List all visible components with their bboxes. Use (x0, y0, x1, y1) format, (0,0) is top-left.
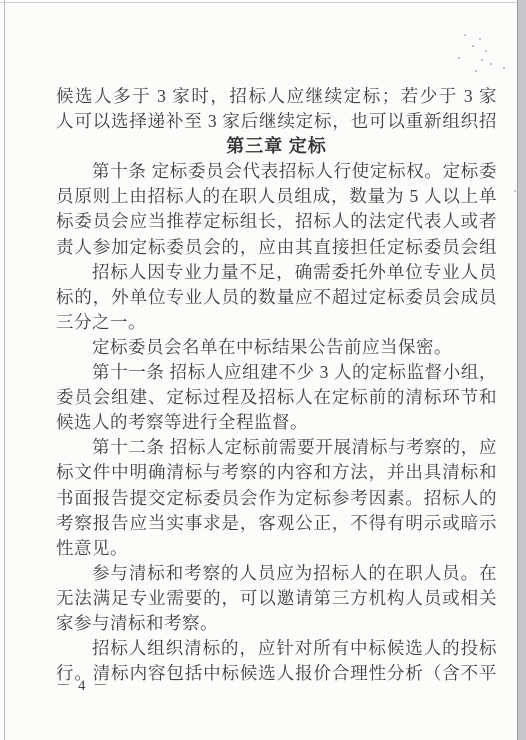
text-line: 行。清标内容包括中标候选人报价合理性分析（含不平衡报价 (56, 661, 497, 686)
chapter-heading: 第三章 定标 (56, 134, 497, 159)
text-line: 候选人多于 3 家时，招标人应继续定标；若少于 3 家时，招标 (56, 84, 497, 109)
text-line: 考察报告应当实事求是，客观公正，不得有明示或暗示的倾向 (56, 511, 497, 536)
scan-edge-line-top (0, 2, 518, 3)
document-body-text: 候选人多于 3 家时，招标人应继续定标；若少于 3 家时，招标 人可以选择递补至… (56, 84, 497, 686)
text-line: 招标人组织清标的，应针对所有中标候选人的投标文件进 (56, 636, 497, 661)
page-number: － 4 － (56, 676, 110, 696)
text-line: 第十二条 招标人定标前需要开展清标与考察的，应当在招 (56, 435, 497, 460)
text-line: 标委员会应当推荐定标组长，招标人的法定代表人或者主要负 (56, 209, 497, 234)
document-page: 候选人多于 3 家时，招标人应继续定标；若少于 3 家时，招标 人可以选择递补至… (0, 0, 518, 740)
scanned-document-view: 候选人多于 3 家时，招标人应继续定标；若少于 3 家时，招标 人可以选择递补至… (0, 0, 526, 740)
text-line: 性意见。 (56, 536, 497, 561)
scan-edge-line-left (4, 0, 5, 740)
text-line: 参与清标和考察的人员应为招标人的在职人员。在职人员 (56, 561, 497, 586)
text-line: 标的，外单位专业人员的数量应不超过定标委员会成员总数的 (56, 285, 497, 310)
text-line: 家参与清标和考察。 (56, 611, 497, 636)
text-line: 第十一条 招标人应组建不少 3 人的定标监督小组，对定标 (56, 360, 497, 385)
text-line: 责人参加定标委员会的，应由其直接担任定标委员会组长。 (56, 235, 497, 260)
text-line: 候选人的考察等进行全程监督。 (56, 410, 497, 435)
text-line: 无法满足专业需要的，可以邀请第三方机构人员或相关领域专 (56, 586, 497, 611)
text-line: 定标委员会名单在中标结果公告前应当保密。 (56, 335, 497, 360)
text-line: 员原则上由招标人的在职人员组成，数量为 5 人以上单数。定 (56, 184, 497, 209)
text-line: 标文件中明确清标与考察的内容和方法，并出具清标和考察的 (56, 460, 497, 485)
text-line: 第十条 定标委员会代表招标人行使定标权。定标委员会成 (56, 159, 497, 184)
text-line: 委员会组建、定标过程及招标人在定标前的清标环节和对中标 (56, 385, 497, 410)
text-line: 书面报告提交定标委员会作为定标参考因素。招标人的清标和 (56, 486, 497, 511)
text-line: 人可以选择递补至 3 家后继续定标，也可以重新组织招标。 (56, 109, 497, 134)
text-line: 三分之一。 (56, 310, 497, 335)
text-line: 招标人因专业力量不足，确需委托外单位专业人员参与定 (56, 260, 497, 285)
